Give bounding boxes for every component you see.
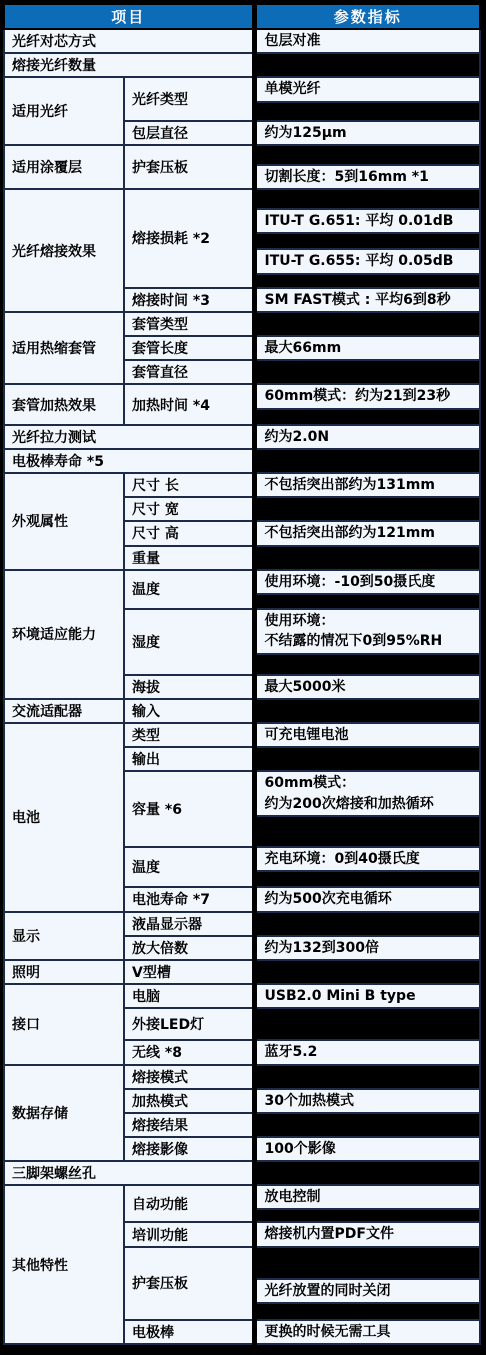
section-cell: 电池 [4,723,124,911]
table-row: 数据存储熔接模式 [4,1065,480,1089]
table-row: 熔接光纤数量 [4,53,480,77]
subitem-cell: V型槽 [124,960,254,984]
subitem-cell: 加热时间 *4 [124,384,254,424]
value-cell: 最大5000米 [254,675,480,699]
table-row: 电池类型可充电锂电池 [4,723,480,747]
value-cell-blackout [254,102,480,121]
subitem-cell: 护套压板 [124,1247,254,1320]
table-row: 适用涂覆层护套压板 [4,145,480,165]
subitem-cell: 湿度 [124,609,254,675]
value-cell: USB2.0 Mini B type [254,984,480,1008]
value-cell: 不包括突出部约为121mm [254,521,480,545]
value-cell: 100个影像 [254,1137,480,1161]
value-cell: 约为2.0N [254,425,480,449]
section-cell: 照明 [4,960,124,984]
subitem-cell: 自动功能 [124,1185,254,1222]
table-row: 外观属性尺寸 长不包括突出部约为131mm [4,473,480,497]
subitem-cell: 熔接影像 [124,1137,254,1161]
table-row: 光纤拉力测试约为2.0N [4,425,480,449]
subitem-cell: 熔接结果 [124,1113,254,1137]
value-cell: 放电控制 [254,1185,480,1209]
value-cell-blackout [254,53,480,77]
table-row: 环境适应能力温度使用环境：-10到50摄氏度 [4,570,480,594]
subitem-cell: 熔接时间 *3 [124,288,254,312]
value-cell-blackout [254,1303,480,1320]
value-cell-blackout [254,1065,480,1089]
value-cell-blackout [254,1247,480,1279]
subitem-cell: 温度 [124,847,254,887]
subitem-cell: 尺寸 高 [124,521,254,545]
section-cell: 外观属性 [4,473,124,570]
header-cell-item: 项目 [4,4,254,29]
value-cell-blackout [254,1113,480,1137]
value-cell-blackout [254,1008,480,1040]
value-cell: 最大66mm [254,336,480,360]
subitem-cell: 电脑 [124,984,254,1008]
section-cell: 套管加热效果 [4,384,124,424]
value-cell-blackout [254,312,480,336]
header-cell-param: 参数指标 [254,4,480,29]
value-cell: 约为500次充电循环 [254,887,480,911]
section-cell: 数据存储 [4,1065,124,1162]
value-cell-blackout [254,409,480,425]
value-cell-blackout [254,871,480,887]
subitem-cell: 类型 [124,723,254,747]
subitem-cell: 培训功能 [124,1222,254,1246]
section-cell: 接口 [4,984,124,1065]
spec-table: 项目 参数指标 光纤对芯方式包层对准熔接光纤数量适用光纤光纤类型单模光纤包层直径… [3,3,481,1345]
section-cell: 交流适配器 [4,699,124,723]
value-cell-blackout [254,497,480,521]
section-cell: 环境适应能力 [4,570,124,700]
value-cell: 使用环境： 不结露的情况下0到95%RH [254,609,480,654]
value-cell: 使用环境：-10到50摄氏度 [254,570,480,594]
subitem-cell: 尺寸 长 [124,473,254,497]
subitem-cell: 尺寸 宽 [124,497,254,521]
value-cell: 60mm模式：约为21到23秒 [254,384,480,408]
subitem-cell: 温度 [124,570,254,609]
value-cell: 单模光纤 [254,77,480,101]
value-cell-blackout [254,699,480,723]
value-cell-blackout [254,960,480,984]
value-cell: SM FAST模式 : 平均6到8秒 [254,288,480,312]
subitem-cell: 熔接模式 [124,1065,254,1089]
section-cell: 显示 [4,912,124,960]
value-cell: 约为132到300倍 [254,936,480,960]
value-cell-blackout [254,594,480,609]
value-cell: 30个加热模式 [254,1089,480,1113]
section-cell: 其他特性 [4,1185,124,1344]
value-cell-blackout [254,546,480,570]
subitem-cell: 无线 *8 [124,1040,254,1064]
value-cell: 60mm模式： 约为200次熔接和加热循环 [254,771,480,816]
section-cell: 适用光纤 [4,77,124,145]
subitem-cell: 外接LED灯 [124,1008,254,1040]
subitem-cell: 套管类型 [124,312,254,336]
value-cell-blackout [254,654,480,675]
subitem-cell: 包层直径 [124,121,254,145]
section-cell: 光纤对芯方式 [4,29,254,53]
table-row: 电极棒寿命 *5 [4,449,480,473]
subitem-cell: 输出 [124,747,254,771]
value-cell: 可充电锂电池 [254,723,480,747]
section-cell: 电极棒寿命 *5 [4,449,254,473]
subitem-cell: 熔接损耗 *2 [124,189,254,288]
subitem-cell: 液晶显示器 [124,912,254,936]
subitem-cell: 光纤类型 [124,77,254,120]
subitem-cell: 海拔 [124,675,254,699]
section-cell: 光纤拉力测试 [4,425,254,449]
subitem-cell: 套管长度 [124,336,254,360]
section-cell: 熔接光纤数量 [4,53,254,77]
table-row: 套管加热效果加热时间 *460mm模式：约为21到23秒 [4,384,480,408]
section-cell: 三脚架螺丝孔 [4,1161,254,1185]
subitem-cell: 套管直径 [124,360,254,384]
header-row: 项目 参数指标 [4,4,480,29]
value-cell: 更换的时候无需工具 [254,1320,480,1344]
subitem-cell: 电极棒 [124,1320,254,1344]
table-row: 接口电脑USB2.0 Mini B type [4,984,480,1008]
value-cell-blackout [254,189,480,209]
value-cell: 约为125μm [254,121,480,145]
value-cell-blackout [254,274,480,288]
subitem-cell: 容量 *6 [124,771,254,847]
subitem-cell: 加热模式 [124,1089,254,1113]
subitem-cell: 护套压板 [124,145,254,189]
subitem-cell: 输入 [124,699,254,723]
table-row: 其他特性自动功能放电控制 [4,1185,480,1209]
table-row: 交流适配器输入 [4,699,480,723]
value-cell-blackout [254,449,480,473]
subitem-cell: 放大倍数 [124,936,254,960]
table-row: 适用热缩套管套管类型 [4,312,480,336]
value-cell: 不包括突出部约为131mm [254,473,480,497]
section-cell: 适用热缩套管 [4,312,124,384]
table-row: 适用光纤光纤类型单模光纤 [4,77,480,101]
section-cell: 适用涂覆层 [4,145,124,189]
table-row: 光纤对芯方式包层对准 [4,29,480,53]
value-cell: 蓝牙5.2 [254,1040,480,1064]
value-cell: 包层对准 [254,29,480,53]
value-cell-blackout [254,360,480,384]
value-cell-blackout [254,145,480,165]
value-cell-blackout [254,912,480,936]
value-cell-blackout [254,816,480,847]
value-cell: ITU-T G.651: 平均 0.01dB [254,209,480,233]
table-row: 照明V型槽 [4,960,480,984]
value-cell: 光纤放置的同时关闭 [254,1279,480,1303]
table-row: 三脚架螺丝孔 [4,1161,480,1185]
table-row: 光纤熔接效果熔接损耗 *2 [4,189,480,209]
value-cell: 熔接机内置PDF文件 [254,1222,480,1246]
value-cell: 切割长度：5到16mm *1 [254,165,480,189]
value-cell: ITU-T G.655: 平均 0.05dB [254,249,480,273]
value-cell-blackout [254,747,480,771]
value-cell-blackout [254,233,480,249]
value-cell-blackout [254,1161,480,1185]
value-cell-blackout [254,1209,480,1222]
spec-sheet: 项目 参数指标 光纤对芯方式包层对准熔接光纤数量适用光纤光纤类型单模光纤包层直径… [0,0,486,1355]
table-row: 显示液晶显示器 [4,912,480,936]
section-cell: 光纤熔接效果 [4,189,124,312]
subitem-cell: 电池寿命 *7 [124,887,254,911]
spec-table-body: 光纤对芯方式包层对准熔接光纤数量适用光纤光纤类型单模光纤包层直径约为125μm适… [4,29,480,1344]
subitem-cell: 重量 [124,546,254,570]
value-cell: 充电环境：0到40摄氏度 [254,847,480,871]
